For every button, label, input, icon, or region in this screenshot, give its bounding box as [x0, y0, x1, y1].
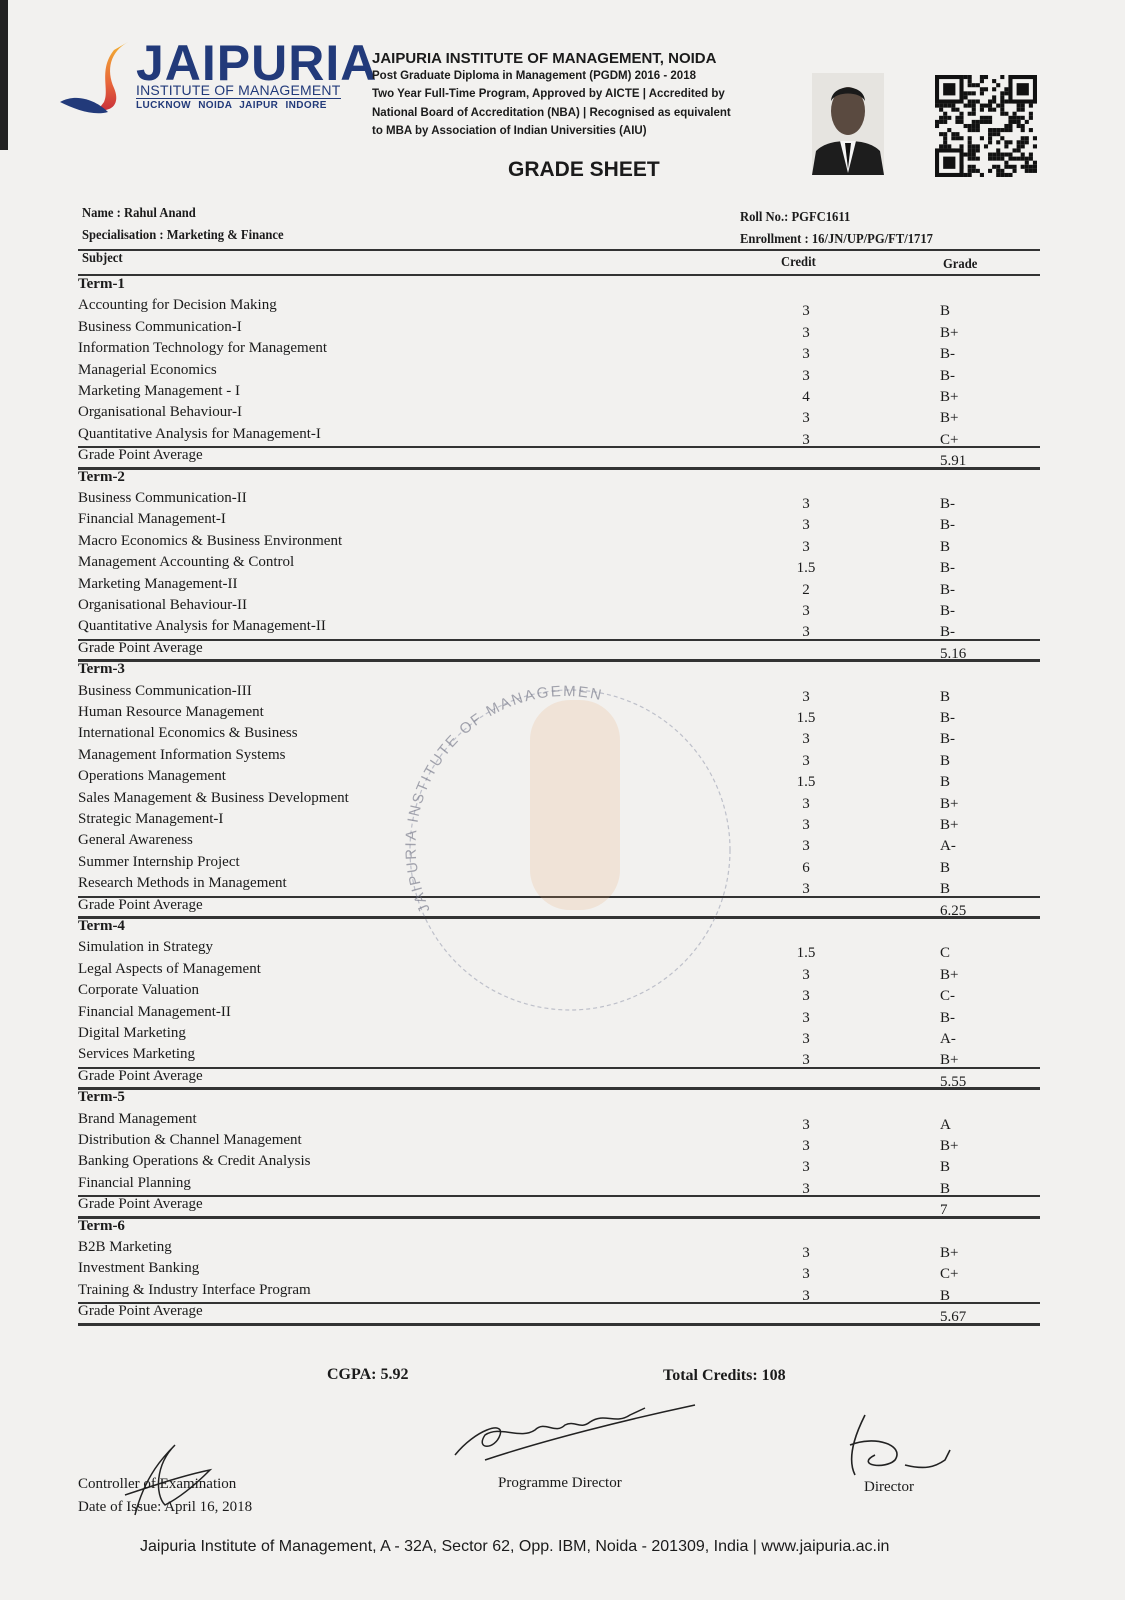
subject-row: Macro Economics & Business Environment3B: [78, 533, 1038, 554]
subject-row: Management Accounting & Control1.5B-: [78, 554, 1038, 575]
subject-name: Accounting for Decision Making: [78, 297, 277, 314]
subject-name: Operations Management: [78, 768, 226, 785]
subject-row: Business Communication-I3B+: [78, 319, 1038, 340]
subject-name: B2B Marketing: [78, 1239, 172, 1256]
programme-director-signature: [445, 1390, 705, 1470]
director-label: Director: [864, 1479, 914, 1496]
term-name: Term-2: [78, 469, 125, 486]
date-of-issue: Date of Issue: April 16, 2018: [78, 1499, 252, 1516]
subject-name: Information Technology for Management: [78, 340, 327, 357]
subject-row: International Economics & Business3B-: [78, 725, 1038, 746]
subject-name: Quantitative Analysis for Management-I: [78, 426, 321, 443]
swoosh-icon: [58, 40, 138, 120]
subject-name: Legal Aspects of Management: [78, 961, 261, 978]
subject-name: Financial Management-I: [78, 511, 226, 528]
subject-name: Sales Management & Business Development: [78, 790, 349, 807]
subject-row: Financial Management-I3B-: [78, 511, 1038, 532]
subject-name: Summer Internship Project: [78, 854, 240, 871]
footer-address: Jaipuria Institute of Management, A - 32…: [140, 1538, 889, 1556]
subject-name: Managerial Economics: [78, 362, 217, 379]
subject-row: Financial Planning3B: [78, 1175, 1038, 1196]
subject-row: Marketing Management-II2B-: [78, 576, 1038, 597]
qr-code: [935, 75, 1037, 177]
subject-name: Macro Economics & Business Environment: [78, 533, 342, 550]
term-name: Term-3: [78, 661, 125, 678]
subject-name: Corporate Valuation: [78, 982, 199, 999]
subject-row: Quantitative Analysis for Management-I3C…: [78, 426, 1038, 447]
institute-header: JAIPURIA INSTITUTE OF MANAGEMENT, NOIDA …: [372, 50, 802, 140]
subject-name: International Economics & Business: [78, 725, 298, 742]
subject-row: Corporate Valuation3C-: [78, 982, 1038, 1003]
logo-subtitle: INSTITUTE OF MANAGEMENT: [136, 82, 341, 99]
subject-name: Management Accounting & Control: [78, 554, 294, 571]
subject-row: Research Methods in Management3B: [78, 875, 1038, 896]
subject-row: Operations Management1.5B: [78, 768, 1038, 789]
subject-name: Distribution & Channel Management: [78, 1132, 302, 1149]
subject-row: Legal Aspects of Management3B+: [78, 961, 1038, 982]
subject-row: Financial Management-II3B-: [78, 1004, 1038, 1025]
enrollment-number: Enrollment : 16/JN/UP/PG/FT/1717: [740, 232, 933, 248]
term-heading: Term-2: [78, 469, 1038, 490]
term-end-rule: [78, 1323, 1040, 1326]
subject-row: Organisational Behaviour-II3B-: [78, 597, 1038, 618]
student-specialisation: Specialisation : Marketing & Finance: [82, 228, 284, 244]
gpa-row: Grade Point Average7: [78, 1196, 1038, 1217]
institute-title: JAIPURIA INSTITUTE OF MANAGEMENT, NOIDA: [372, 50, 802, 67]
subject-row: Services Marketing3B+: [78, 1046, 1038, 1067]
subject-row: General Awareness3A-: [78, 832, 1038, 853]
term-heading: Term-6: [78, 1218, 1038, 1239]
subject-row: Investment Banking3C+: [78, 1260, 1038, 1281]
term-heading: Term-5: [78, 1089, 1038, 1110]
subject-row: Banking Operations & Credit Analysis3B: [78, 1153, 1038, 1174]
subject-name: Quantitative Analysis for Management-II: [78, 618, 326, 635]
programme-director-label: Programme Director: [498, 1475, 622, 1492]
term-name: Term-4: [78, 918, 125, 935]
subject-row: Strategic Management-I3B+: [78, 811, 1038, 832]
subject-name: Research Methods in Management: [78, 875, 287, 892]
subject-name: Banking Operations & Credit Analysis: [78, 1153, 310, 1170]
gpa-row: Grade Point Average5.67: [78, 1303, 1038, 1324]
controller-label: Controller of Examination: [78, 1476, 236, 1493]
subject-row: Training & Industry Interface Program3B: [78, 1282, 1038, 1303]
scan-edge: [0, 0, 8, 150]
roll-number: Roll No.: PGFC1611: [740, 210, 850, 226]
subject-name: Simulation in Strategy: [78, 939, 213, 956]
subject-row: Quantitative Analysis for Management-II3…: [78, 618, 1038, 639]
subject-name: Business Communication-III: [78, 683, 252, 700]
subject-name: Financial Management-II: [78, 1004, 231, 1021]
jaipuria-logo: JAIPURIA INSTITUTE OF MANAGEMENT LUCKNOW…: [58, 40, 348, 120]
subject-name: Brand Management: [78, 1111, 197, 1128]
subject-name: Digital Marketing: [78, 1025, 186, 1042]
header-line: to MBA by Association of Indian Universi…: [372, 123, 802, 140]
subject-row: Business Communication-II3B-: [78, 490, 1038, 511]
term-heading: Term-1: [78, 276, 1038, 297]
gpa-label: Grade Point Average: [78, 1196, 203, 1213]
subject-row: Human Resource Management1.5B-: [78, 704, 1038, 725]
subject-name: Marketing Management - I: [78, 383, 240, 400]
term-heading: Term-3: [78, 661, 1038, 682]
header-line: Post Graduate Diploma in Management (PGD…: [372, 67, 802, 86]
subject-name: Investment Banking: [78, 1260, 199, 1277]
subject-row: Digital Marketing3A-: [78, 1025, 1038, 1046]
subject-name: Business Communication-II: [78, 490, 247, 507]
subject-row: Marketing Management - I4B+: [78, 383, 1038, 404]
gpa-row: Grade Point Average5.16: [78, 640, 1038, 661]
document-title: GRADE SHEET: [508, 158, 660, 182]
subject-name: Training & Industry Interface Program: [78, 1282, 311, 1299]
subject-row: Sales Management & Business Development3…: [78, 790, 1038, 811]
gpa-label: Grade Point Average: [78, 897, 203, 914]
student-photo: [812, 73, 884, 175]
gpa-label: Grade Point Average: [78, 447, 203, 464]
total-credits: Total Credits: 108: [663, 1367, 786, 1385]
subject-row: Managerial Economics3B-: [78, 362, 1038, 383]
subject-name: Marketing Management-II: [78, 576, 238, 593]
cgpa: CGPA: 5.92: [327, 1366, 408, 1384]
logo-campuses: LUCKNOW NOIDA JAIPUR INDORE: [136, 100, 327, 111]
subject-name: Business Communication-I: [78, 319, 242, 336]
gpa-label: Grade Point Average: [78, 640, 203, 657]
subject-row: Brand Management3A: [78, 1111, 1038, 1132]
column-grade: Grade: [943, 257, 977, 273]
subject-row: Distribution & Channel Management3B+: [78, 1132, 1038, 1153]
director-signature: [835, 1405, 965, 1485]
gpa-row: Grade Point Average6.25: [78, 897, 1038, 918]
subject-row: Accounting for Decision Making3B: [78, 297, 1038, 318]
gpa-label: Grade Point Average: [78, 1303, 203, 1320]
subject-name: Human Resource Management: [78, 704, 264, 721]
subject-name: Financial Planning: [78, 1175, 191, 1192]
subject-row: Management Information Systems3B: [78, 747, 1038, 768]
subject-name: General Awareness: [78, 832, 193, 849]
subject-name: Management Information Systems: [78, 747, 285, 764]
subject-row: Information Technology for Management3B-: [78, 340, 1038, 361]
term-heading: Term-4: [78, 918, 1038, 939]
gpa-row: Grade Point Average5.91: [78, 447, 1038, 468]
subject-name: Services Marketing: [78, 1046, 195, 1063]
subject-name: Strategic Management-I: [78, 811, 223, 828]
column-credit: Credit: [781, 255, 816, 271]
gpa-label: Grade Point Average: [78, 1068, 203, 1085]
subject-name: Organisational Behaviour-I: [78, 404, 242, 421]
term-name: Term-1: [78, 276, 125, 293]
header-rule: [78, 249, 1040, 251]
subject-row: B2B Marketing3B+: [78, 1239, 1038, 1260]
column-subject: Subject: [82, 251, 123, 267]
header-line: National Board of Accreditation (NBA) | …: [372, 103, 802, 123]
student-name: Name : Rahul Anand: [82, 206, 196, 222]
subject-name: Organisational Behaviour-II: [78, 597, 247, 614]
gpa-row: Grade Point Average5.55: [78, 1068, 1038, 1089]
subject-row: Summer Internship Project6B: [78, 854, 1038, 875]
term-name: Term-6: [78, 1218, 125, 1235]
subject-row: Simulation in Strategy1.5C: [78, 939, 1038, 960]
header-line: Two Year Full-Time Program, Approved by …: [372, 86, 802, 103]
term-name: Term-5: [78, 1089, 125, 1106]
subject-row: Business Communication-III3B: [78, 683, 1038, 704]
subject-row: Organisational Behaviour-I3B+: [78, 404, 1038, 425]
